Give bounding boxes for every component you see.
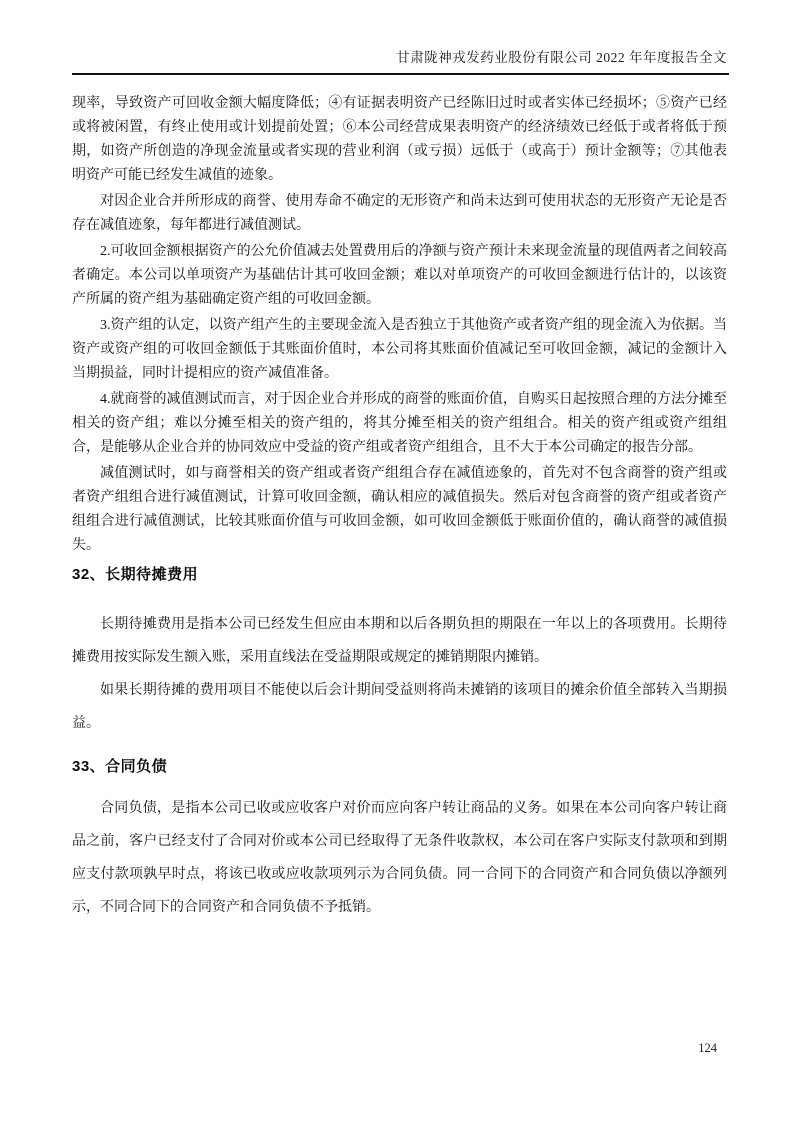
paragraph-deferred-expenses-writeoff: 如果长期待摊的费用项目不能使以后会计期间受益则将尚未摊销的该项目的摊余价值全部转… [72,674,727,740]
paragraph-goodwill-impairment-test: 减值测试时，如与商誉相关的资产组或者资产组组合存在减值迹象的，首先对不包含商誉的… [72,462,727,558]
paragraph-impairment-continuation: 现率，导致资产可回收金额大幅度降低；④有证据表明资产已经陈旧过时或者实体已经损坏… [72,92,727,188]
section-heading-32-long-term-deferred-expenses: 32、长期待摊费用 [72,563,727,584]
paragraph-goodwill-allocation: 4.就商誉的减值测试而言，对于因企业合并形成的商誉的账面价值，自购买日起按照合理… [72,388,727,460]
report-page: 甘肃陇神戎发药业股份有限公司 2022 年年度报告全文 现率，导致资产可回收金额… [0,0,793,1122]
page-number: 124 [698,1041,717,1055]
paragraph-contract-liabilities-definition: 合同负债，是指本公司已收或应收客户对价而应向客户转让商品的义务。如果在本公司向客… [72,792,727,924]
page-content: 现率，导致资产可回收金额大幅度降低；④有证据表明资产已经陈旧过时或者实体已经损坏… [72,75,727,924]
section-heading-33-contract-liabilities: 33、合同负债 [72,755,727,776]
header-title: 甘肃陇神戎发药业股份有限公司 2022 年年度报告全文 [396,50,727,65]
paragraph-asset-group-recognition: 3.资产组的认定，以资产组产生的主要现金流入是否独立于其他资产或者资产组的现金流… [72,314,727,386]
page-header: 甘肃陇神戎发药业股份有限公司 2022 年年度报告全文 [72,0,729,75]
paragraph-goodwill-annual-test: 对因企业合并所形成的商誉、使用寿命不确定的无形资产和尚未达到可使用状态的无形资产… [72,190,727,238]
page-footer: 124 [698,1041,717,1056]
paragraph-recoverable-amount: 2.可收回金额根据资产的公允价值减去处置费用后的净额与资产预计未来现金流量的现值… [72,240,727,312]
paragraph-deferred-expenses-definition: 长期待摊费用是指本公司已经发生但应由本期和以后各期负担的期限在一年以上的各项费用… [72,608,727,674]
